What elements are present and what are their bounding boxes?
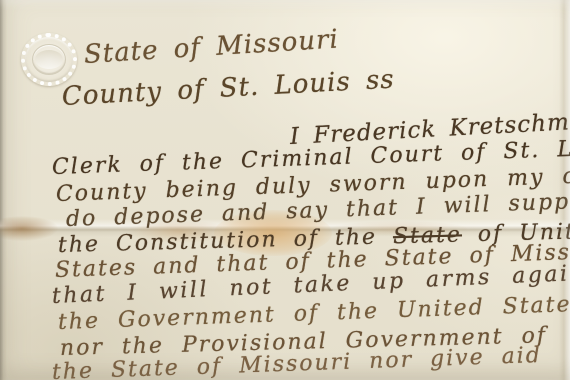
embossed-seal-center bbox=[35, 50, 63, 69]
handwritten-line-2: County of St. Louis ss bbox=[61, 65, 395, 112]
document-scan: State of Missouri County of St. Louis ss… bbox=[0, 0, 570, 380]
paper-left-edge bbox=[0, 0, 7, 380]
embossed-seal-icon bbox=[21, 33, 77, 86]
handwritten-line-1: State of Missouri bbox=[83, 24, 340, 70]
